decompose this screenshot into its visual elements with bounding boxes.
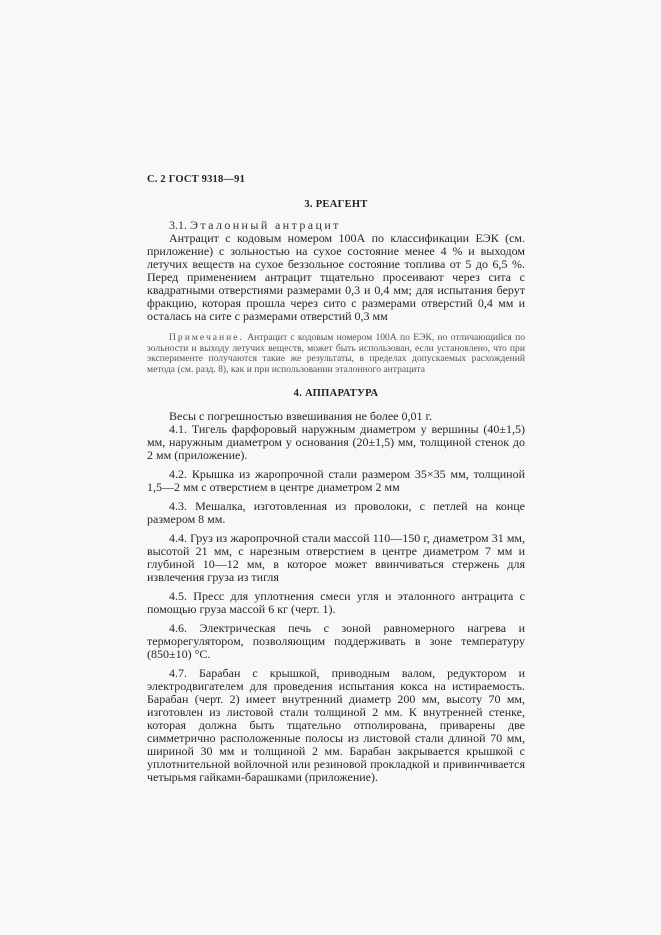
paragraph-reagent-description: Антрацит с кодовым номером 100А по класс… xyxy=(147,232,525,323)
document-page: С. 2 ГОСТ 9318—91 3. РЕАГЕНТ 3.1. Эталон… xyxy=(147,174,525,790)
paragraph-4-5-press: 4.5. Пресс для уплотнения смеси угля и э… xyxy=(147,590,525,616)
section-title-reagent: 3. РЕАГЕНТ xyxy=(147,199,525,210)
note-label: Примечание. xyxy=(169,332,244,343)
paragraph-4-7-drum: 4.7. Барабан с крышкой, приводным валом,… xyxy=(147,667,525,784)
running-head: С. 2 ГОСТ 9318—91 xyxy=(147,174,525,185)
paragraph-4-3-stirrer: 4.3. Мешалка, изготовленная из проволоки… xyxy=(147,500,525,526)
subsection-number: 3.1. xyxy=(169,218,187,232)
paragraph-4-2-lid: 4.2. Крышка из жаропрочной стали размеро… xyxy=(147,468,525,494)
paragraph-4-6-furnace: 4.6. Электрическая печь с зоной равномер… xyxy=(147,622,525,661)
paragraph-4-4-weight: 4.4. Груз из жаропрочной стали массой 11… xyxy=(147,532,525,584)
section-title-apparatus: 4. АППАРАТУРА xyxy=(147,388,525,399)
paragraph-4-1-crucible: 4.1. Тигель фарфоровый наружным диаметро… xyxy=(147,423,525,462)
note-block: Примечание. Антрацит с кодовым номером 1… xyxy=(147,333,525,375)
subsection-title: Эталонный антрацит xyxy=(190,218,341,232)
